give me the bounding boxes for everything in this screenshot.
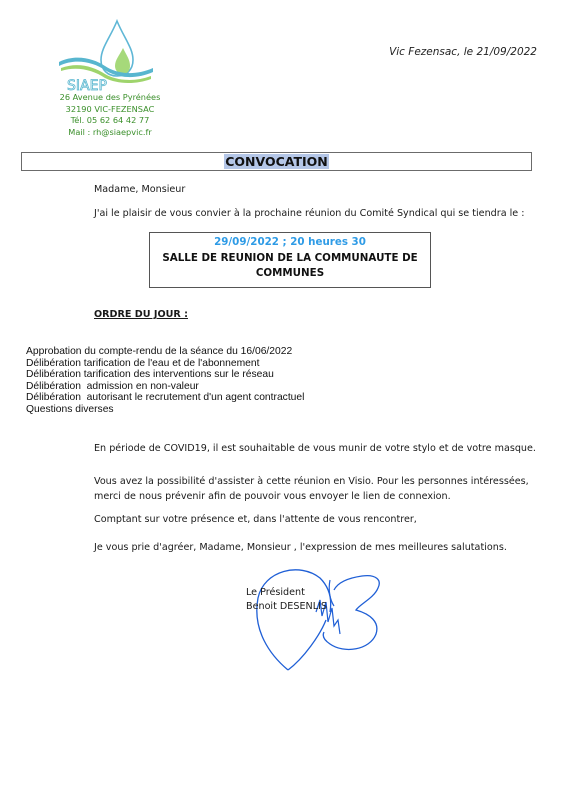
email-line: Mail : rh@siaepvic.fr: [40, 127, 180, 139]
signature-scribble-icon: [230, 560, 400, 680]
meeting-place-line1: SALLE DE REUNION DE LA COMMUNAUTE DE: [150, 251, 430, 267]
closing-paragraph-2: Je vous prie d'agréer, Madame, Monsieur …: [94, 542, 507, 553]
title-box: CONVOCATION: [21, 152, 532, 171]
phone-line: Tél. 05 62 64 42 77: [40, 115, 180, 127]
intro-paragraph: J'ai le plaisir de vous convier à la pro…: [94, 208, 524, 219]
greeting: Madame, Monsieur: [94, 184, 185, 195]
agenda-list: Approbation du compte-rendu de la séance…: [26, 346, 304, 416]
letter-date: Vic Fezensac, le 21/09/2022: [389, 46, 537, 58]
agenda-heading: ORDRE DU JOUR :: [94, 309, 188, 320]
address-line: 32190 VIC-FEZENSAC: [40, 104, 180, 116]
closing-paragraph-1: Comptant sur votre présence et, dans l'a…: [94, 514, 417, 525]
agenda-item: Approbation du compte-rendu de la séance…: [26, 346, 304, 358]
agenda-item: Délibération tarification de l'eau et de…: [26, 358, 304, 370]
handwritten-signature: [230, 560, 400, 680]
address-line: 26 Avenue des Pyrénées: [40, 92, 180, 104]
siaep-logo: SIAEP: [55, 18, 155, 96]
agenda-item: Délibération admission en non-valeur: [26, 381, 304, 393]
title-text: CONVOCATION: [224, 154, 328, 169]
water-drop-logo-icon: SIAEP: [55, 18, 155, 96]
signatory-name: Benoit DESENLIS: [246, 600, 327, 614]
document-title: CONVOCATION: [22, 153, 531, 170]
meeting-details-box: 29/09/2022 ; 20 heures 30 SALLE DE REUNI…: [149, 232, 431, 288]
covid-paragraph: En période de COVID19, il est souhaitabl…: [94, 443, 536, 454]
visio-paragraph: Vous avez la possibilité d'assister à ce…: [94, 474, 544, 504]
agenda-item: Délibération autorisant le recrutement d…: [26, 392, 304, 404]
agenda-item: Délibération tarification des interventi…: [26, 369, 304, 381]
agenda-item: Questions diverses: [26, 404, 304, 416]
meeting-place-line2: COMMUNES: [150, 266, 430, 282]
signatory-role: Le Président: [246, 586, 327, 600]
sender-address: 26 Avenue des Pyrénées 32190 VIC-FEZENSA…: [40, 92, 180, 138]
signatory: Le Président Benoit DESENLIS: [246, 586, 327, 614]
meeting-datetime: 29/09/2022 ; 20 heures 30: [150, 235, 430, 251]
